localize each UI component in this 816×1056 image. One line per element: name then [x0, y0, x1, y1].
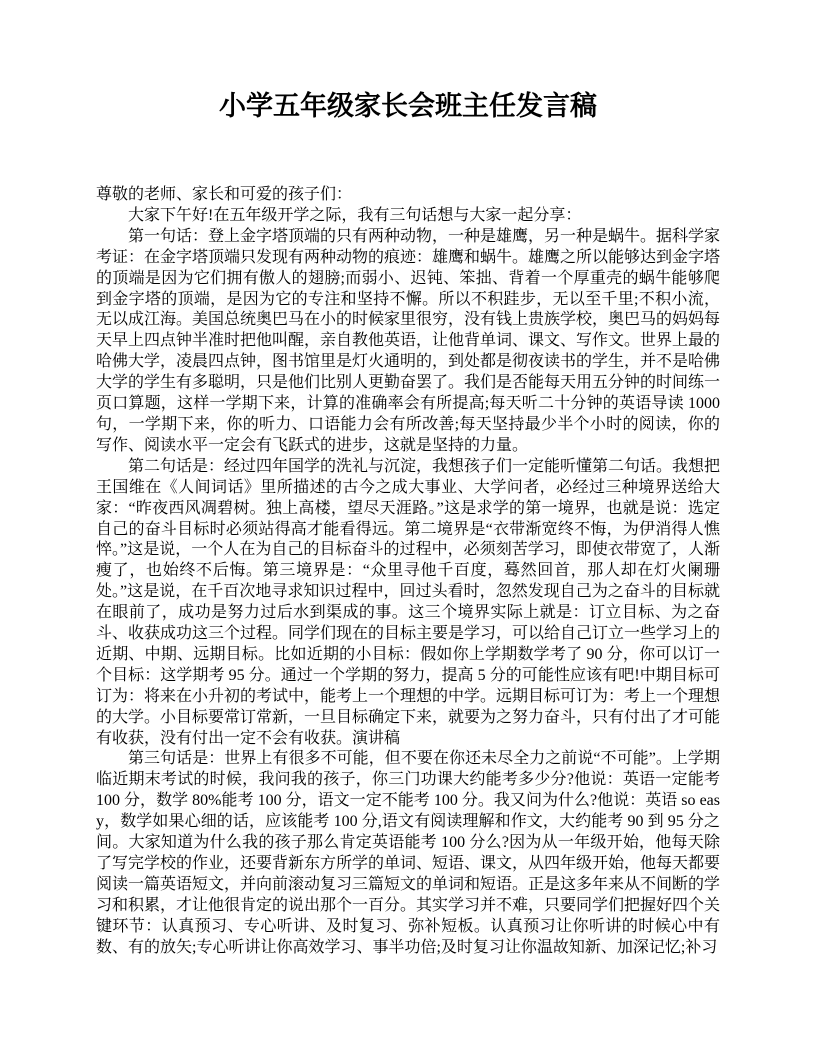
document-page: 小学五年级家长会班主任发言稿 尊敬的老师、家长和可爱的孩子们： 大家下午好!在五… [0, 0, 816, 1056]
paragraph-first-sentence: 第一句话：登上金字塔顶端的只有两种动物，一种是雄鹰，另一种是蜗牛。据科学家考证：… [96, 227, 720, 457]
paragraph-greeting: 尊敬的老师、家长和可爱的孩子们： [96, 185, 720, 206]
paragraph-third-sentence: 第三句话是：世界上有很多不可能，但不要在你还未尽全力之前说“不可能”。上学期临近… [96, 749, 720, 958]
document-title: 小学五年级家长会班主任发言稿 [96, 88, 720, 124]
paragraph-intro: 大家下午好!在五年级开学之际，我有三句话想与大家一起分享： [96, 206, 720, 227]
paragraph-second-sentence: 第二句话是：经过四年国学的洗礼与沉淀，我想孩子们一定能听懂第二句话。我想把王国维… [96, 457, 720, 750]
